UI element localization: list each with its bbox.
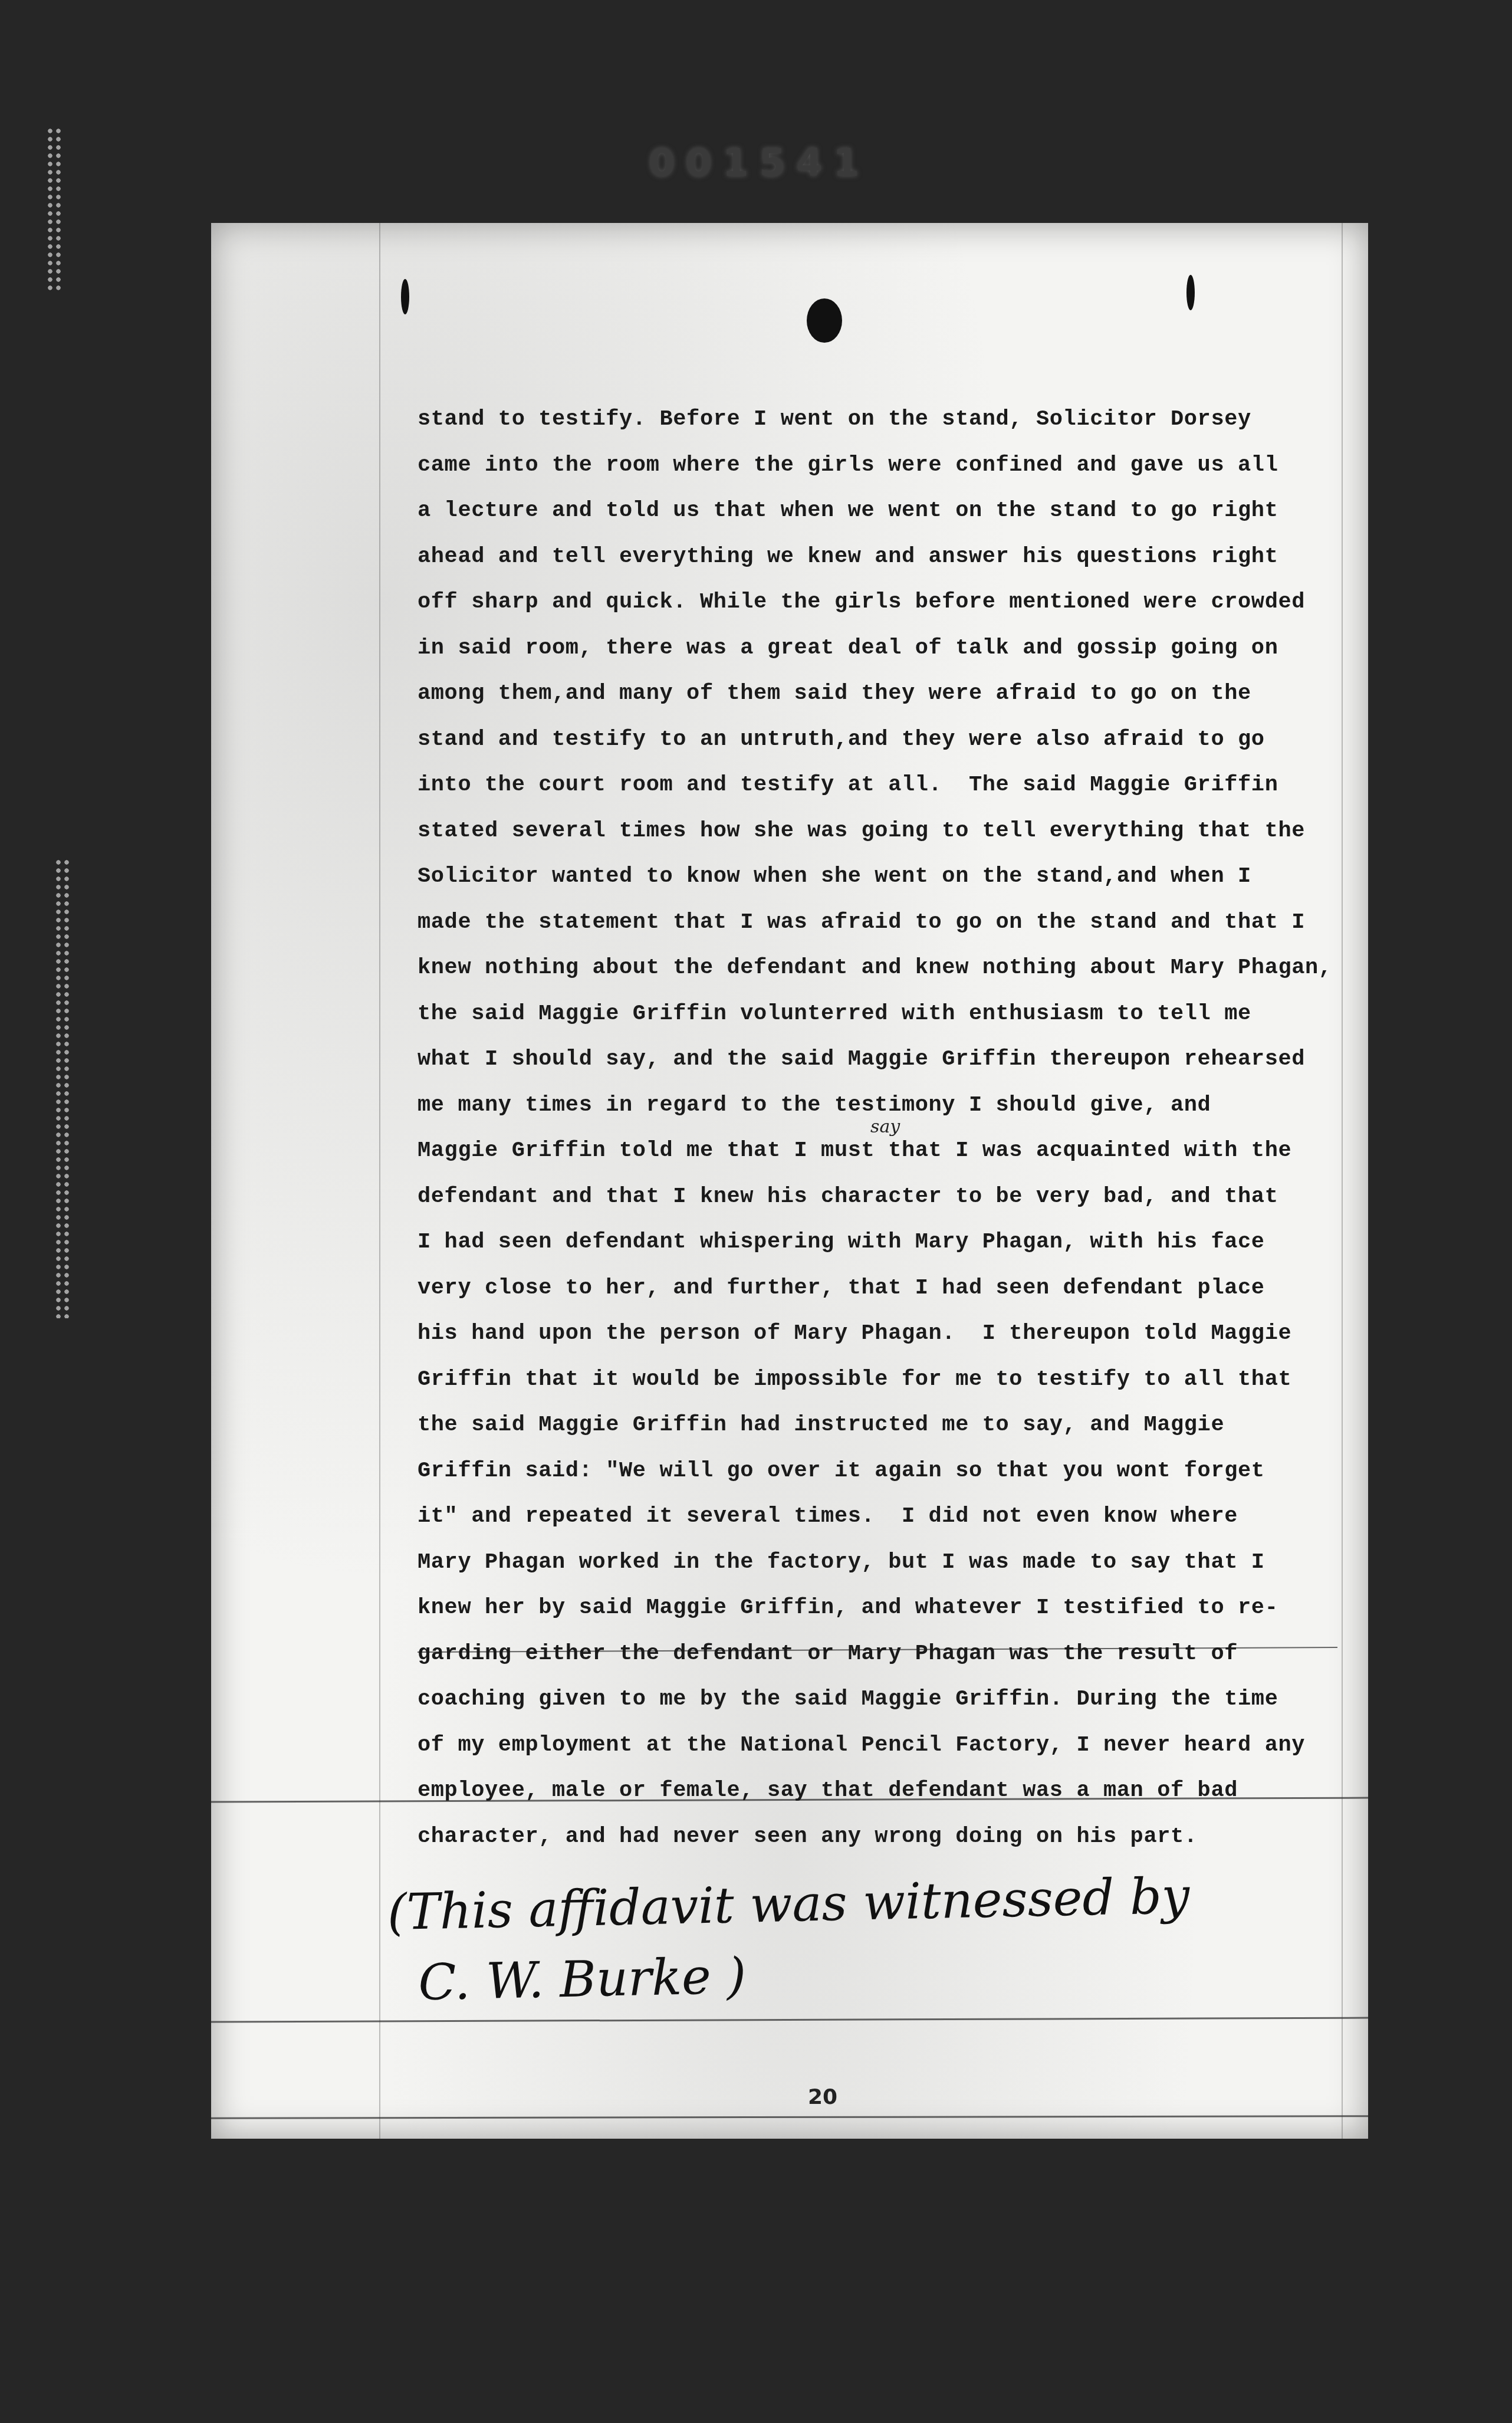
ruled-line [211,2017,1368,2023]
text-line: the said Maggie Griffin had instructed m… [418,1403,1337,1449]
text-line: knew nothing about the defendant and kne… [418,945,1337,991]
text-line: stand to testify. Before I went on the s… [418,397,1337,443]
text-line: employee, male or female, say that defen… [418,1768,1337,1814]
text-line: knew her by said Maggie Griffin, and wha… [418,1585,1337,1631]
right-margin-rule [1342,223,1343,2139]
punch-hole [401,279,409,314]
film-edge-marks [46,127,61,292]
text-line: Mary Phagan worked in the factory, but I… [418,1540,1337,1586]
page-number: 20 [808,2085,837,2109]
text-line: stand and testify to an untruth,and they… [418,717,1337,763]
text-line: off sharp and quick. While the girls bef… [418,580,1337,626]
text-line: a lecture and told us that when we went … [418,488,1337,534]
text-line: coaching given to me by the said Maggie … [418,1677,1337,1723]
text-line: Griffin that it would be impossible for … [418,1357,1337,1403]
text-line: his hand upon the person of Mary Phagan.… [418,1311,1337,1357]
text-line: defendant and that I knew his character … [418,1174,1337,1220]
punch-hole [807,298,842,343]
text-line: ahead and tell everything we knew and an… [418,534,1337,580]
document-page: stand to testify. Before I went on the s… [211,223,1368,2139]
left-margin-rule [379,223,380,2139]
text-line: among them,and many of them said they we… [418,671,1337,717]
text-line: Griffin said: "We will go over it again … [418,1449,1337,1495]
handwritten-insertion: say [870,1117,900,1137]
punch-hole [1186,275,1195,310]
text-line: made the statement that I was afraid to … [418,900,1337,946]
text-line: Solicitor wanted to know when she went o… [418,854,1337,900]
text-line: into the court room and testify at all. … [418,763,1337,809]
text-line: in said room, there was a great deal of … [418,626,1337,672]
ruled-line [211,2115,1368,2119]
text-line: the said Maggie Griffin volunterred with… [418,991,1337,1038]
handwritten-witness-note: (This affidavit was witnessed byC. W. Bu… [387,1860,1192,2018]
text-line: stated several times how she was going t… [418,809,1337,855]
microfilm-frame-number: 001541 [649,142,870,185]
text-line: garding either the defendant or Mary Pha… [418,1631,1337,1677]
text-line: very close to her, and further, that I h… [418,1266,1337,1312]
text-line: came into the room where the girls were … [418,443,1337,489]
text-line: of my employment at the National Pencil … [418,1723,1337,1769]
text-line: it" and repeated it several times. I did… [418,1494,1337,1540]
film-edge-marks [54,858,70,1318]
text-line: character, and had never seen any wrong … [418,1814,1337,1860]
text-line: I had seen defendant whispering with Mar… [418,1220,1337,1266]
text-line: what I should say, and the said Maggie G… [418,1037,1337,1083]
